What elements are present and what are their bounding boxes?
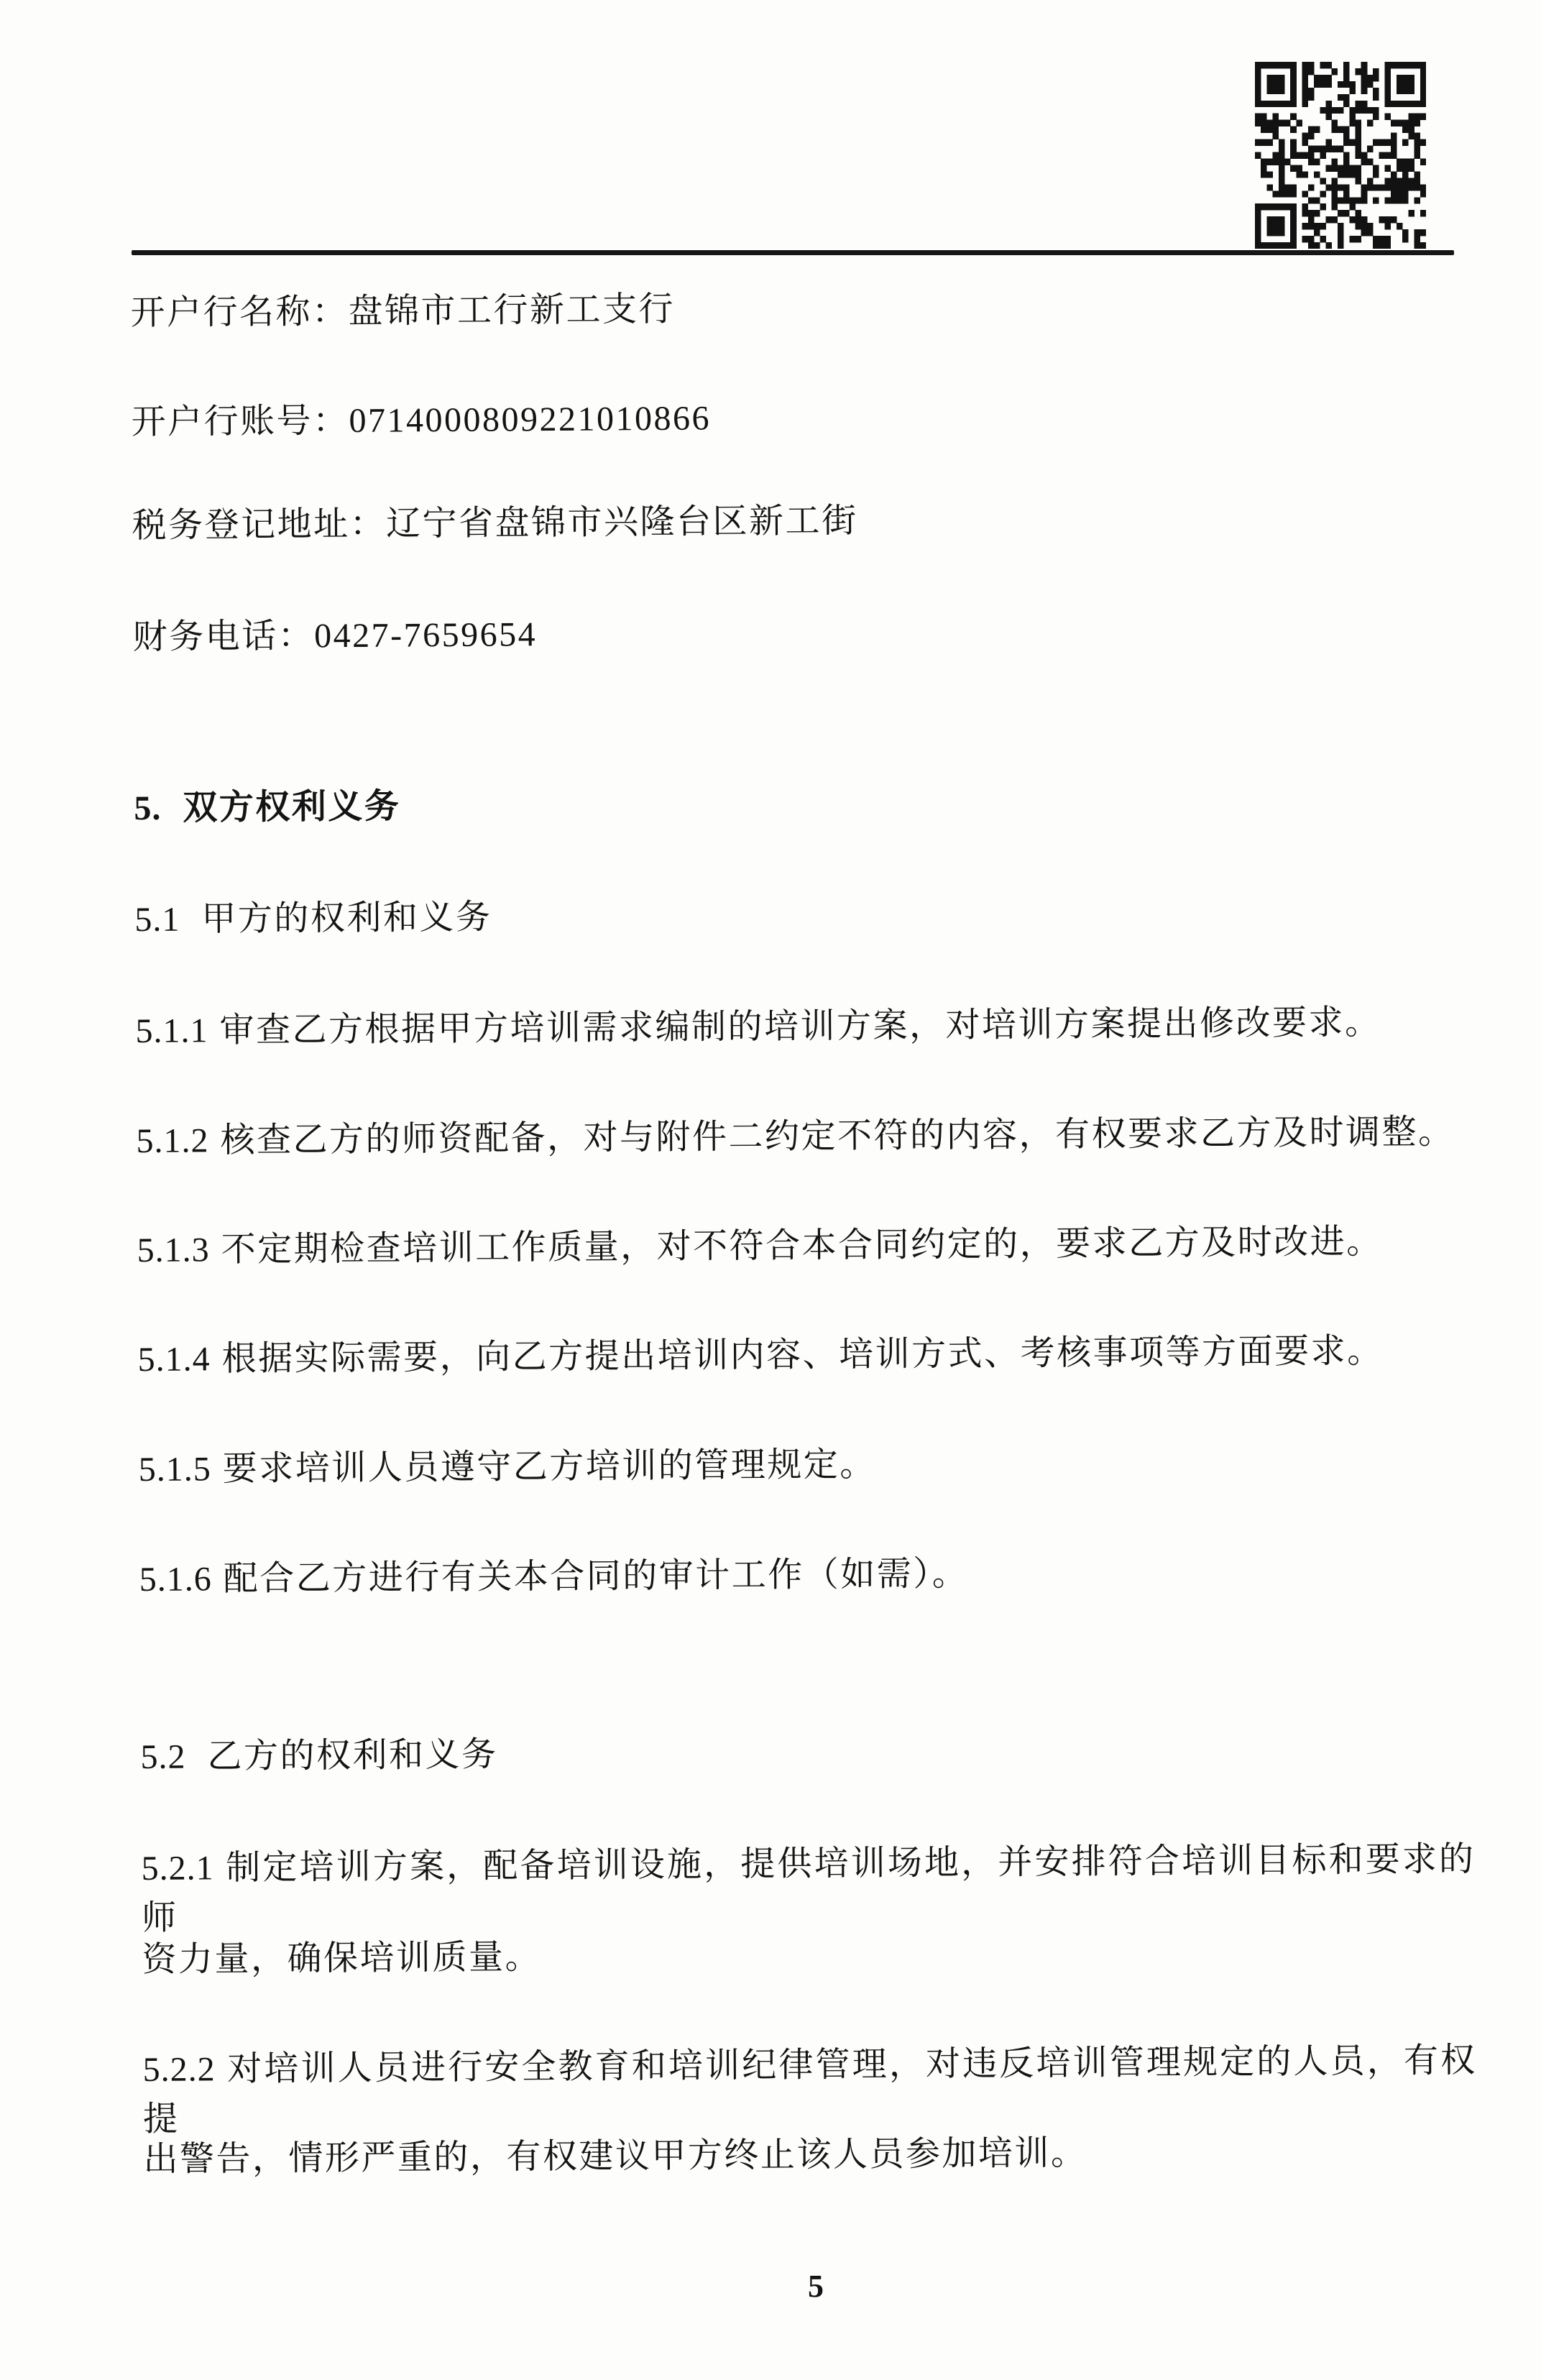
bank-account-line: 开户行账号：0714000809221010866 (131, 390, 711, 444)
section-5-heading: 5.双方权利义务 (134, 778, 400, 830)
document-content: 开户行名称：盘锦市工行新工支行 开户行账号：071400080922101086… (0, 0, 1541, 2380)
section-5-title: 双方权利义务 (183, 787, 400, 827)
clause-5-2-2-line2: 出警告，情形严重的，有权建议甲方终止该人员参加培训。 (143, 2125, 1087, 2181)
section-5-2-title: 乙方的权利和义务 (207, 1736, 497, 1776)
clause-5-1-2: 5.1.2核查乙方的师资配备，对与附件二约定不符的内容，有权要求乙方及时调整。 (136, 1103, 1454, 1162)
clause-5-1-5: 5.1.5要求培训人员遵守乙方培训的管理规定。 (138, 1436, 875, 1491)
clause-5-1-6: 5.1.6配合乙方进行有关本合同的审计工作（如需）。 (139, 1545, 969, 1601)
clause-5-1-4: 5.1.4根据实际需要，向乙方提出培训内容、培训方式、考核事项等方面要求。 (137, 1323, 1383, 1381)
clause-5-2-2-line1: 5.2.2对培训人员进行安全教育和培训纪律管理，对违反培训管理规定的人员，有权提 (142, 2032, 1477, 2141)
section-5-number: 5. (134, 789, 161, 827)
clause-text: 要求培训人员遵守乙方培训的管理规定。 (223, 1446, 876, 1488)
section-5-1-title: 甲方的权利和义务 (201, 899, 492, 939)
tax-address-line: 税务登记地址：辽宁省盘锦市兴隆台区新工街 (132, 492, 857, 547)
clause-number: 5.1.3 (137, 1231, 209, 1269)
clause-number: 5.2.2 (142, 2050, 215, 2089)
bank-name-line: 开户行名称：盘锦市工行新工支行 (130, 281, 675, 334)
finance-phone-line: 财务电话：0427-7659654 (132, 606, 537, 658)
clause-number: 5.1.2 (136, 1121, 208, 1160)
clause-text: 制定培训方案，配备培训设施，提供培训场地，并安排符合培训目标和要求的师 (142, 1840, 1476, 1937)
clause-text: 配合乙方进行有关本合同的审计工作（如需）。 (224, 1555, 969, 1598)
clause-5-1-3: 5.1.3不定期检查培训工作质量，对不符合本合同约定的，要求乙方及时改进。 (137, 1213, 1382, 1272)
page-number: 5 (0, 2268, 1541, 2305)
clause-number: 5.1.6 (139, 1560, 212, 1599)
clause-text: 核查乙方的师资配备，对与附件二约定不符的内容，有权要求乙方及时调整。 (220, 1113, 1454, 1159)
clause-5-1-1: 5.1.1审查乙方根据甲方培训需求编制的培训方案，对培训方案提出修改要求。 (135, 994, 1381, 1052)
clause-number: 5.2.1 (141, 1849, 213, 1888)
clause-number: 5.1.5 (139, 1450, 211, 1489)
document-page: 开户行名称：盘锦市工行新工支行 开户行账号：071400080922101086… (0, 0, 1541, 2380)
section-5-1-number: 5.1 (134, 901, 180, 939)
clause-text: 对培训人员进行安全教育和培训纪律管理，对违反培训管理规定的人员，有权提 (143, 2041, 1477, 2138)
section-5-2-heading: 5.2乙方的权利和义务 (140, 1727, 497, 1778)
clause-number: 5.1.4 (138, 1340, 211, 1379)
section-5-2-number: 5.2 (140, 1738, 185, 1776)
clause-5-2-1-line2: 资力量，确保培训质量。 (142, 1929, 541, 1981)
clause-number: 5.1.1 (135, 1011, 208, 1050)
clause-text: 不定期检查培训工作质量，对不符合本合同约定的，要求乙方及时改进。 (221, 1223, 1382, 1269)
section-5-1-heading: 5.1甲方的权利和义务 (134, 889, 492, 941)
clause-text: 根据实际需要，向乙方提出培训内容、培训方式、考核事项等方面要求。 (221, 1332, 1383, 1378)
clause-text: 审查乙方根据甲方培训需求编制的培训方案，对培训方案提出修改要求。 (219, 1003, 1381, 1049)
clause-5-2-1-line1: 5.2.1制定培训方案，配备培训设施，提供培训场地，并安排符合培训目标和要求的师 (141, 1831, 1476, 1939)
